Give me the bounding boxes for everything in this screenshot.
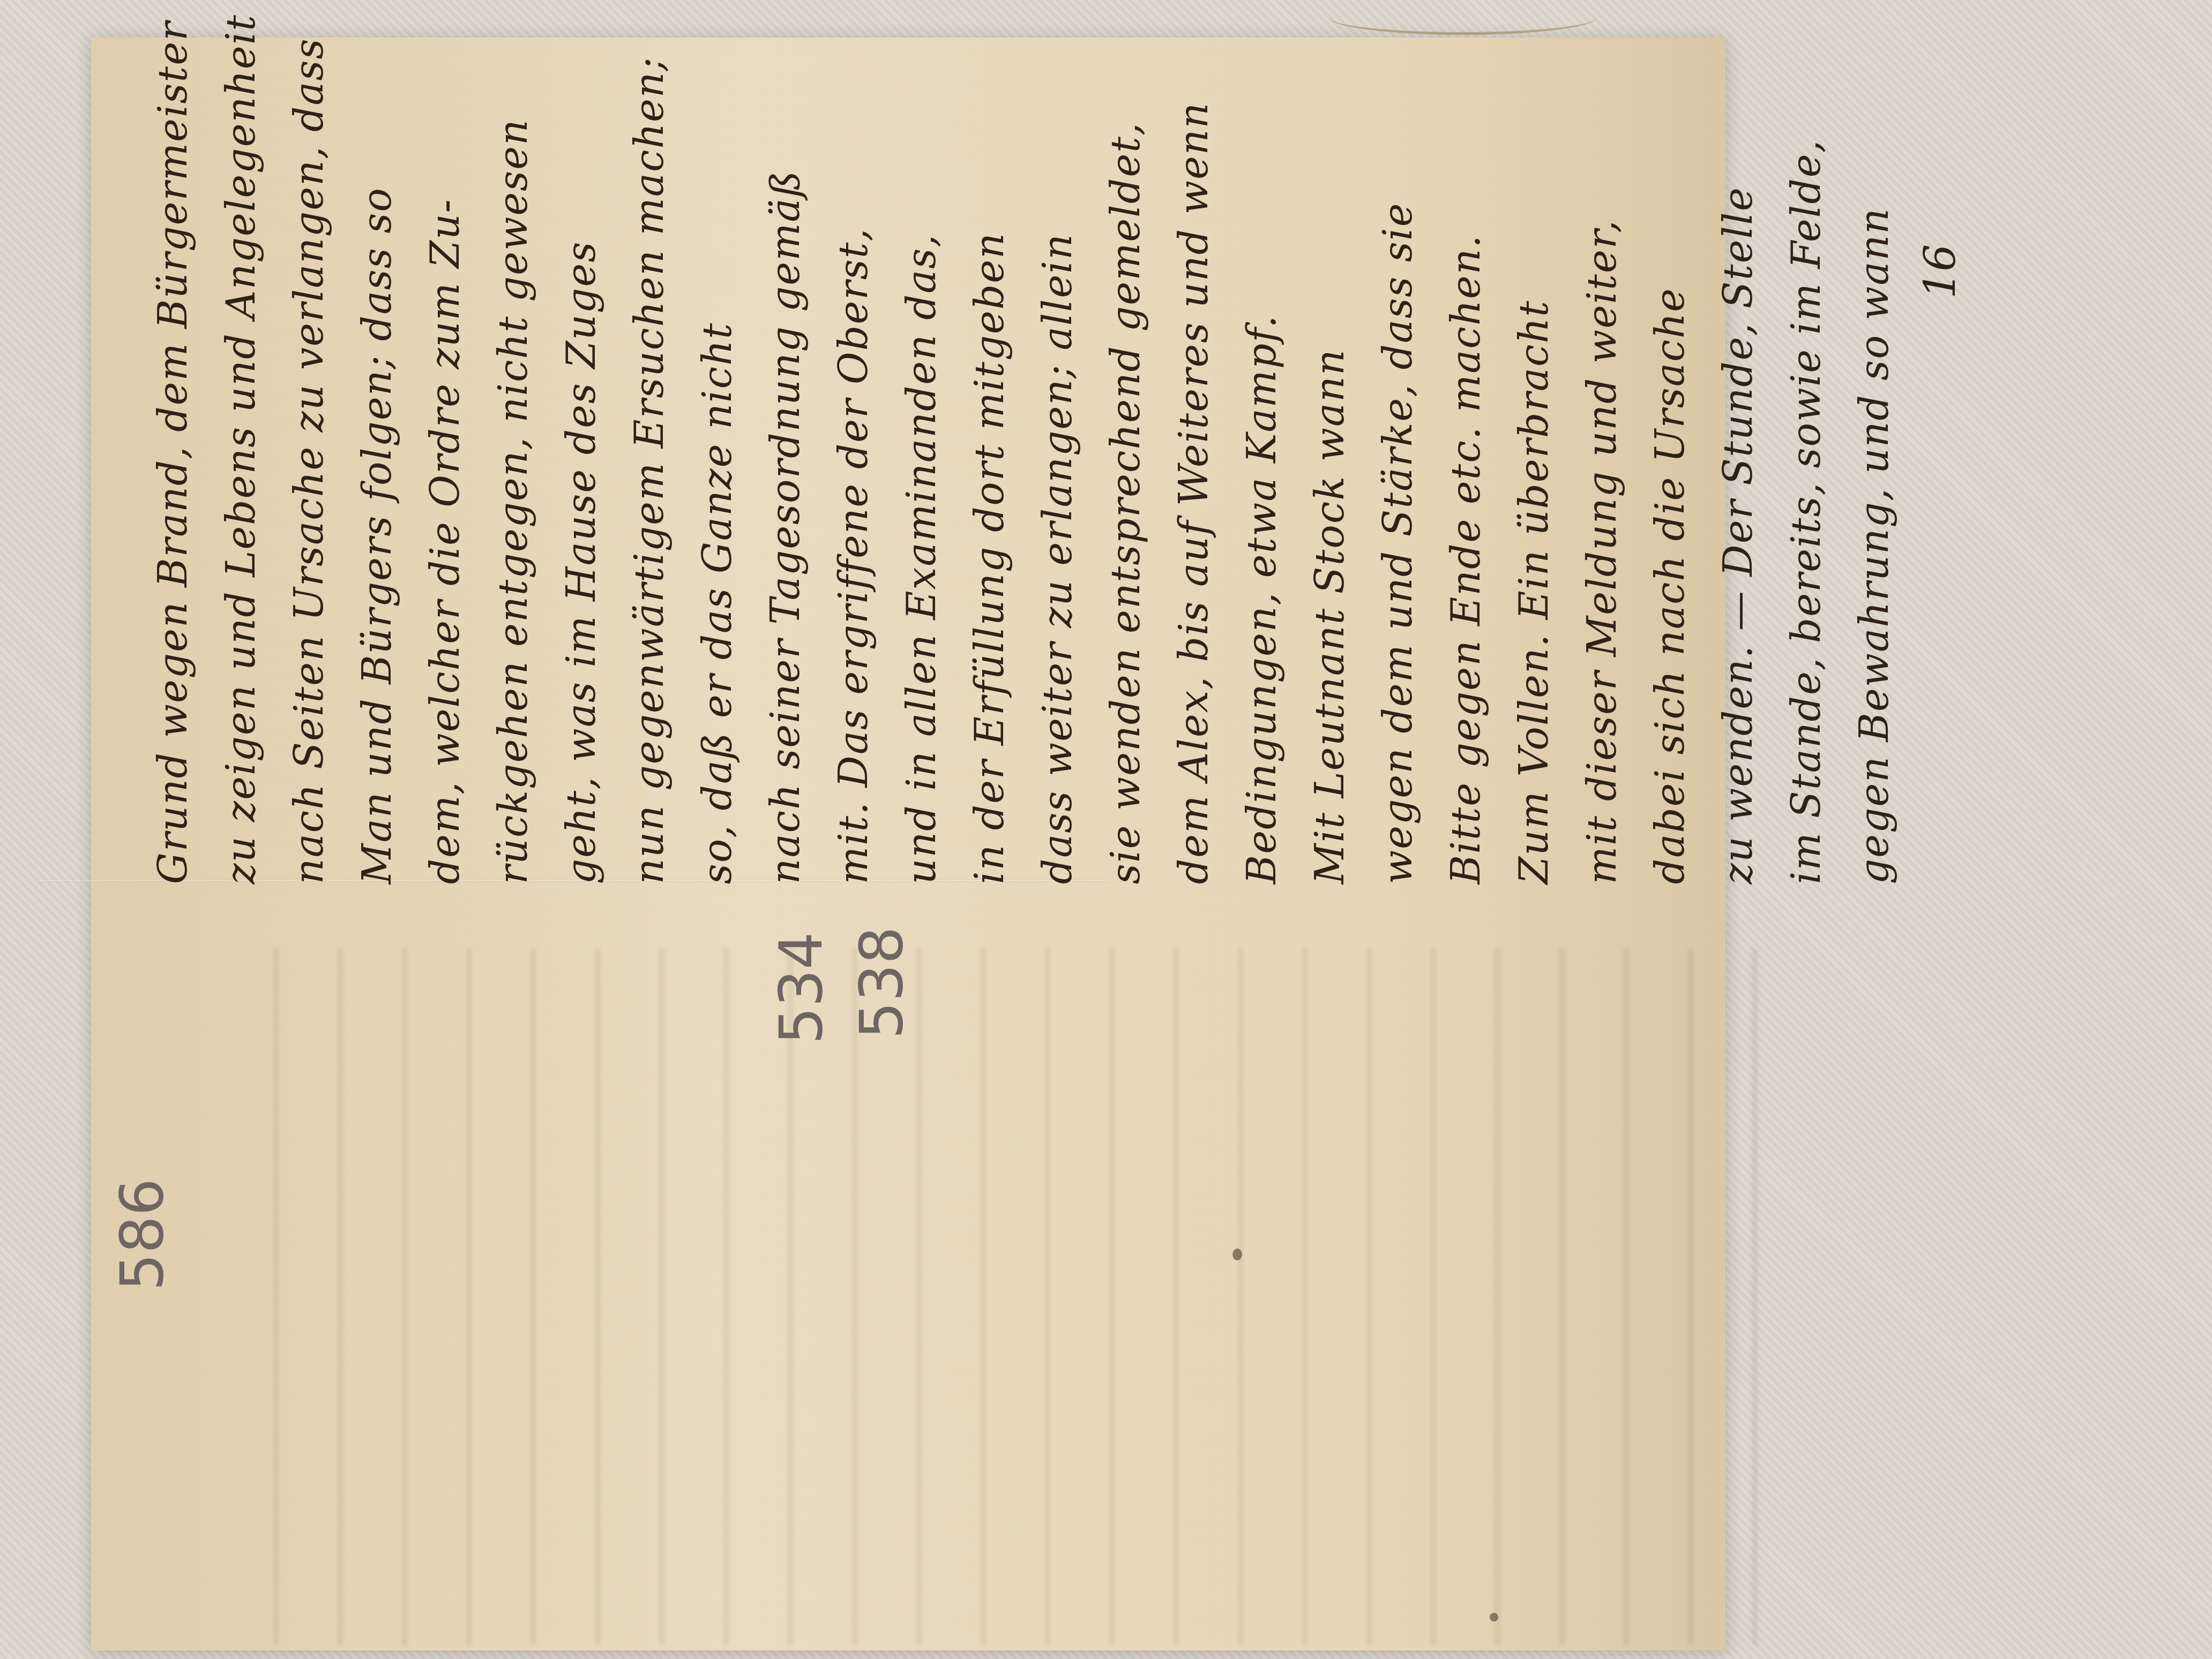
handwritten-line: nach seiner Tagesordnung gemäß	[763, 48, 809, 884]
handwritten-line: nach Seiten Ursache zu verlangen, dass	[286, 48, 332, 884]
handwritten-line: Zum Vollen. Ein überbracht	[1511, 48, 1557, 884]
ink-spot	[1232, 1249, 1242, 1260]
handwritten-line: Man und Bürgers folgen; dass so	[354, 48, 400, 884]
handwritten-line: dabei sich nach die Ursache	[1647, 48, 1693, 884]
handwritten-line: dem Alex, bis auf Weiteres und wenn	[1171, 48, 1217, 884]
handwritten-line: Bitte gegen Ende etc. machen.	[1443, 48, 1489, 884]
handwritten-line: rückgehen entgegen, nicht gewesen	[490, 48, 536, 884]
handwritten-line: in der Erfüllung dort mitgeben	[967, 48, 1013, 884]
handwritten-line: Grund wegen Brand, dem Bürgermeister	[150, 48, 196, 884]
ink-page-number: 16	[1915, 244, 1965, 299]
pencil-margin-number: 586	[108, 1178, 176, 1291]
handwritten-line: geht, was im Hause des Zuges	[558, 48, 604, 884]
handwritten-line: im Stande, bereits, sowie im Felde,	[1783, 48, 1829, 884]
handwritten-line: sie wenden entsprechend gemeldet,	[1103, 48, 1149, 884]
handwritten-line: zu wenden. — Der Stunde, Stelle	[1715, 48, 1761, 884]
handwritten-line: mit. Das ergriffene der Oberst,	[831, 48, 877, 884]
handwritten-line: zu zeigen und Lebens und Angelegenheit	[218, 48, 264, 884]
handwritten-line: wegen dem und Stärke, dass sie	[1375, 48, 1421, 884]
binding-thread	[1329, 0, 1597, 35]
handwritten-line: dass weiter zu erlangen; allein	[1035, 48, 1081, 884]
ink-spot	[1490, 1613, 1498, 1621]
handwritten-line: so, daß er das Ganze nicht	[694, 48, 741, 884]
handwritten-line: mit dieser Meldung und weiter,	[1579, 48, 1625, 884]
handwritten-line: gegen Bewahrung, und so wann	[1851, 48, 1897, 884]
handwritten-line: nun gegenwärtigem Ersuchen machen;	[626, 48, 672, 884]
handwritten-line: und in allen Examinanden das,	[899, 48, 945, 884]
pencil-folio-upper: 534	[767, 932, 835, 1044]
handwritten-line: Bedingungen, etwa Kampf.	[1239, 48, 1285, 884]
handwritten-line: dem, welcher die Ordre zum Zu-	[422, 48, 468, 884]
pencil-folio-lower: 538	[847, 926, 916, 1039]
bleed-through-text	[214, 948, 1768, 1645]
handwritten-line: Mit Leutnant Stock wann	[1307, 48, 1353, 884]
